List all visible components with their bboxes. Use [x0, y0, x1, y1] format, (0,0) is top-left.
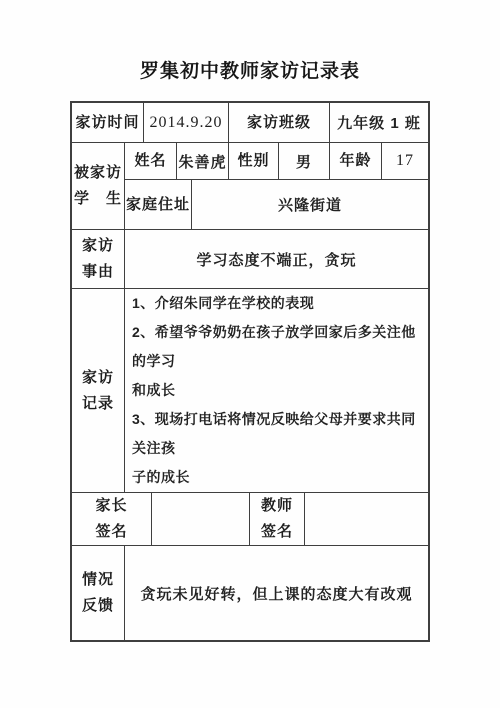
visit-time-value: 2014.9.20 [150, 114, 223, 132]
feedback-value: 贪玩未见好转，但上课的态度大有改观 [140, 583, 412, 604]
visit-reason-value: 学习态度不端正，贪玩 [196, 249, 356, 270]
record-item-2: 2、希望爷爷奶奶在孩子放学回家后多关注他的学习 和成长 [132, 318, 418, 405]
student-gender-value: 男 [296, 151, 312, 172]
teacher-signature-label: 教师 签名 [261, 493, 293, 545]
feedback-label: 情况 反馈 [82, 567, 114, 619]
student-gender-label: 性别 [237, 148, 269, 174]
visit-class-value: 九年级 1 班 [337, 112, 421, 133]
row-visit-record: 家访 记录 1、介绍朱同学在学校的表现 2、希望爷爷奶奶在孩子放学回家后多关注他… [72, 289, 428, 493]
home-visit-form-table: 家访时间 2014.9.20 家访班级 九年级 1 班 被家访 学 生 姓名 朱… [70, 101, 430, 642]
document-page: 罗集初中教师家访记录表 家访时间 2014.9.20 家访班级 九年级 1 班 … [0, 0, 500, 708]
row-student-info: 被家访 学 生 姓名 朱善虎 性别 男 年龄 17 家庭住址 兴隆街道 [72, 143, 428, 230]
student-row-top: 姓名 朱善虎 性别 男 年龄 17 [125, 143, 428, 180]
student-name-label: 姓名 [134, 148, 166, 174]
visit-record-content: 1、介绍朱同学在学校的表现 2、希望爷爷奶奶在孩子放学回家后多关注他的学习 和成… [125, 289, 428, 492]
visit-class-label: 家访班级 [247, 110, 311, 136]
student-name-value: 朱善虎 [178, 151, 226, 172]
visit-reason-label: 家访 事由 [82, 233, 114, 285]
row-visit-info: 家访时间 2014.9.20 家访班级 九年级 1 班 [72, 103, 428, 143]
student-address-value: 兴隆街道 [278, 194, 342, 215]
row-feedback: 情况 反馈 贪玩未见好转，但上课的态度大有改观 [72, 546, 428, 640]
student-row-bottom: 家庭住址 兴隆街道 [125, 180, 428, 229]
student-address-label: 家庭住址 [126, 192, 190, 218]
row-visit-reason: 家访 事由 学习态度不端正，贪玩 [72, 230, 428, 289]
student-section-label: 被家访 学 生 [74, 160, 122, 212]
row-signatures: 家长 签名 教师 签名 [72, 493, 428, 546]
student-age-value: 17 [396, 152, 414, 170]
student-detail-cells: 姓名 朱善虎 性别 男 年龄 17 家庭住址 兴隆街道 [125, 143, 428, 229]
student-age-label: 年龄 [339, 148, 371, 174]
visit-record-label: 家访 记录 [82, 365, 114, 417]
record-item-1: 1、介绍朱同学在学校的表现 [132, 289, 418, 318]
record-item-3: 3、现场打电话将情况反映给父母并要求共同关注孩 子的成长 [132, 405, 418, 492]
parent-signature-label: 家长 签名 [95, 493, 127, 545]
visit-time-label: 家访时间 [75, 110, 139, 136]
page-title: 罗集初中教师家访记录表 [0, 56, 500, 83]
